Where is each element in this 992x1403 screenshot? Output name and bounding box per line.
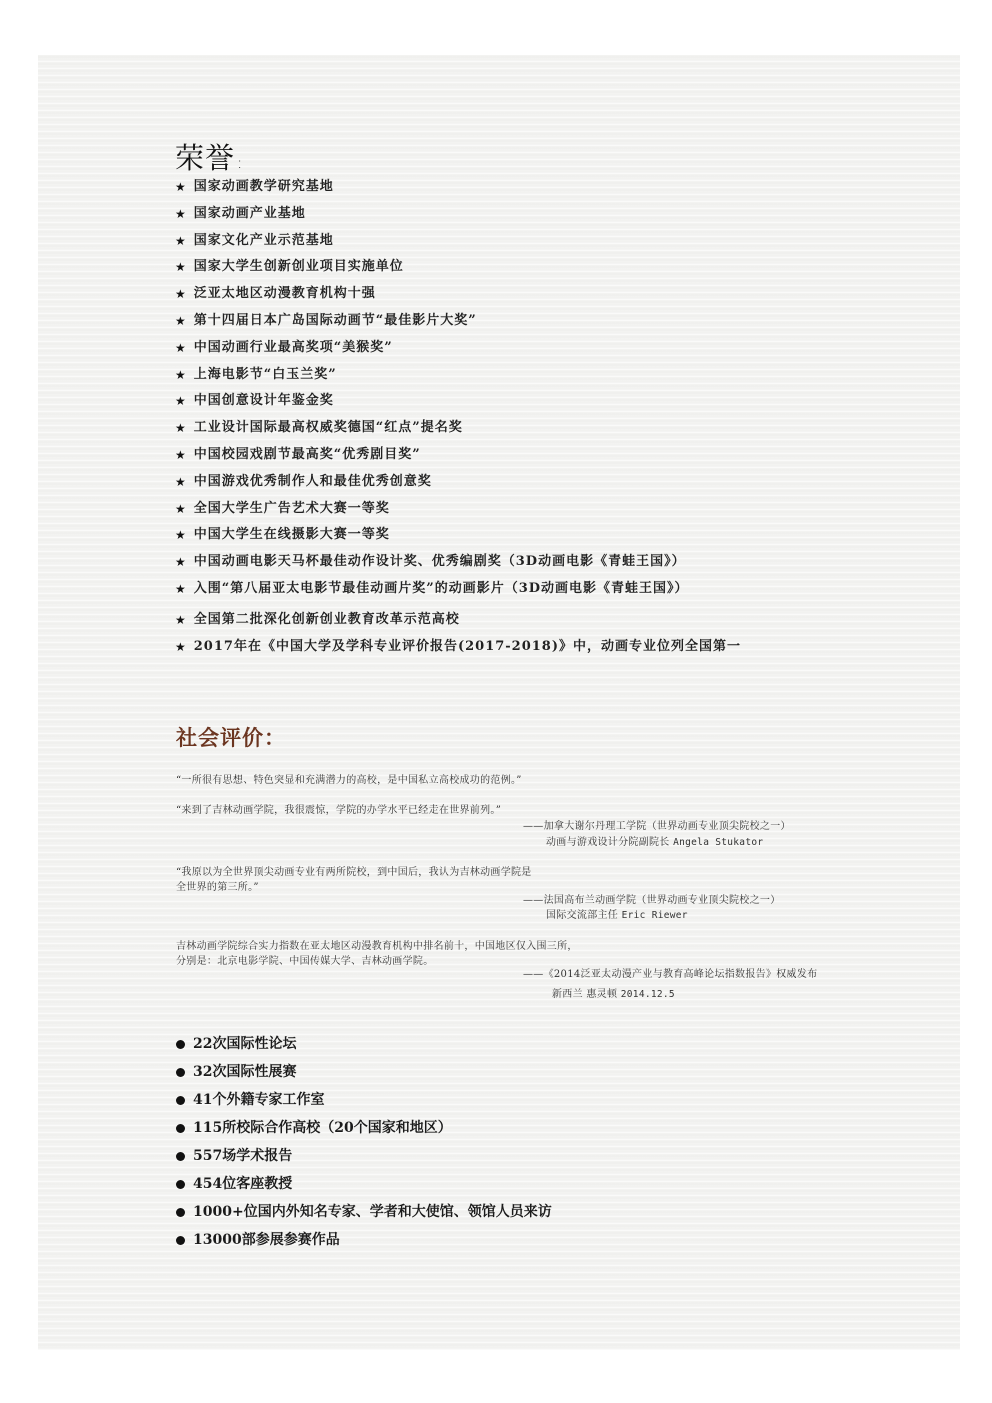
stat-item: 454位客座教授 — [176, 1170, 552, 1198]
honors-heading-text: 荣誉 — [175, 141, 235, 175]
star-icon: ★ — [175, 312, 187, 330]
stat-item: 32次国际性展赛 — [176, 1058, 552, 1086]
honor-item: ★中国创意设计年鉴金奖 — [175, 392, 741, 419]
honor-item-text: 中国游戏优秀制作人和最佳优秀创意奖 — [194, 473, 432, 491]
stat-item-text: 1000+位国内外知名专家、学者和大使馆、领馆人员来访 — [193, 1202, 552, 1222]
honor-item: ★中国校园戏剧节最高奖“优秀剧目奖” — [175, 446, 741, 473]
honor-item: ★第十四届日本广岛国际动画节“最佳影片大奖” — [175, 312, 741, 339]
star-icon: ★ — [175, 638, 187, 656]
person-title: 国际交流部主任 — [546, 910, 622, 921]
review-quote-2-source: ——加拿大谢尔丹理工学院（世界动画专业顶尖院校之一） — [523, 819, 791, 835]
honors-list: ★国家动画教学研究基地 ★国家动画产业基地 ★国家文化产业示范基地 ★国家大学生… — [175, 178, 741, 664]
honor-item-text: 中国大学生在线摄影大赛一等奖 — [194, 526, 390, 544]
honor-item: ★国家大学生创新创业项目实施单位 — [175, 258, 741, 285]
honor-item: ★国家动画产业基地 — [175, 205, 741, 232]
star-icon: ★ — [175, 392, 187, 410]
review-statement-location-date: 新西兰 惠灵顿 2014.12.5 — [552, 987, 675, 1003]
star-icon: ★ — [175, 473, 187, 491]
review-quote-1: “一所很有思想、特色突显和充满潜力的高校，是中国私立高校成功的范例。” — [176, 773, 522, 789]
honor-item: ★工业设计国际最高权威奖德国“红点”提名奖 — [175, 419, 741, 446]
star-icon: ★ — [175, 580, 187, 598]
bullet-dot-icon — [176, 1068, 185, 1077]
honor-item-text: 中国动画行业最高奖项“美猴奖” — [194, 339, 393, 357]
stat-item-text: 41个外籍专家工作室 — [193, 1090, 324, 1110]
stat-item: 22次国际性论坛 — [176, 1030, 552, 1058]
bullet-dot-icon — [176, 1096, 185, 1105]
honor-item: ★2017年在《中国大学及学科专业评价报告(2017-2018)》中，动画专业位… — [175, 638, 741, 665]
bullet-dot-icon — [176, 1236, 185, 1245]
bullet-dot-icon — [176, 1180, 185, 1189]
review-statement-line-1: 吉林动画学院综合实力指数在亚太地区动漫教育机构中排名前十，中国地区仅入围三所， — [176, 939, 578, 955]
review-quote-3-line-2: 全世界的第三所。” — [176, 880, 259, 896]
honor-item: ★国家文化产业示范基地 — [175, 232, 741, 259]
stat-item: 13000部参展参赛作品 — [176, 1226, 552, 1254]
star-icon: ★ — [175, 285, 187, 303]
honor-item-text: 泛亚太地区动漫教育机构十强 — [194, 285, 376, 303]
person-name: Angela Stukator — [673, 837, 763, 848]
honor-item-text: 工业设计国际最高权威奖德国“红点”提名奖 — [194, 419, 463, 437]
bullet-dot-icon — [176, 1208, 185, 1217]
honor-item-text: 中国创意设计年鉴金奖 — [194, 392, 334, 410]
honor-item-text: 2017年在《中国大学及学科专业评价报告(2017-2018)》中，动画专业位列… — [194, 638, 741, 656]
honor-item-text: 国家大学生创新创业项目实施单位 — [194, 258, 404, 276]
honor-item: ★上海电影节“白玉兰奖” — [175, 366, 741, 393]
star-icon: ★ — [175, 339, 187, 357]
honors-heading: 荣誉: — [175, 136, 243, 177]
star-icon: ★ — [175, 446, 187, 464]
review-quote-3-person: 国际交流部主任 Eric Riewer — [546, 908, 688, 924]
date: 2014.12.5 — [621, 989, 675, 1000]
star-icon: ★ — [175, 419, 187, 437]
star-icon: ★ — [175, 526, 187, 544]
star-icon: ★ — [175, 205, 187, 223]
honor-item: ★泛亚太地区动漫教育机构十强 — [175, 285, 741, 312]
bullet-dot-icon — [176, 1152, 185, 1161]
star-icon: ★ — [175, 178, 187, 196]
honor-item: ★中国游戏优秀制作人和最佳优秀创意奖 — [175, 473, 741, 500]
honor-item: ★国家动画教学研究基地 — [175, 178, 741, 205]
star-icon: ★ — [175, 611, 187, 629]
stats-list: 22次国际性论坛 32次国际性展赛 41个外籍专家工作室 115所校际合作高校（… — [176, 1030, 552, 1254]
stat-item-text: 32次国际性展赛 — [193, 1062, 296, 1082]
star-icon: ★ — [175, 553, 187, 571]
review-quote-2-person: 动画与游戏设计分院副院长 Angela Stukator — [546, 835, 763, 851]
review-quote-3-source: ——法国高布兰动画学院（世界动画专业顶尖院校之一） — [523, 893, 781, 909]
stat-item: 1000+位国内外知名专家、学者和大使馆、领馆人员来访 — [176, 1198, 552, 1226]
stat-item-text: 454位客座教授 — [193, 1174, 292, 1194]
honor-item: ★全国大学生广告艺术大赛一等奖 — [175, 500, 741, 527]
location: 新西兰 惠灵顿 — [552, 989, 621, 1000]
honors-heading-colon: : — [237, 153, 243, 172]
stat-item-text: 13000部参展参赛作品 — [193, 1230, 340, 1250]
star-icon: ★ — [175, 232, 187, 250]
honor-item-text: 全国第二批深化创新创业教育改革示范高校 — [194, 611, 460, 629]
honor-item: ★入围“第八届亚太电影节最佳动画片奖”的动画影片（3D动画电影《青蛙王国》） — [175, 580, 741, 607]
stat-item-text: 22次国际性论坛 — [193, 1034, 296, 1054]
honor-item-text: 国家动画教学研究基地 — [194, 178, 334, 196]
star-icon: ★ — [175, 500, 187, 518]
stat-item: 557场学术报告 — [176, 1142, 552, 1170]
star-icon: ★ — [175, 258, 187, 276]
review-quote-2: “来到了吉林动画学院，我很震惊，学院的办学水平已经走在世界前列。” — [176, 803, 501, 819]
stat-item-text: 557场学术报告 — [193, 1146, 292, 1166]
honor-item-text: 中国动画电影天马杯最佳动作设计奖、优秀编剧奖（3D动画电影《青蛙王国》） — [194, 553, 686, 571]
person-name: Eric Riewer — [622, 910, 688, 921]
honor-item-text: 国家动画产业基地 — [194, 205, 306, 223]
honor-item: ★中国大学生在线摄影大赛一等奖 — [175, 526, 741, 553]
stat-item: 115所校际合作高校（20个国家和地区） — [176, 1114, 552, 1142]
honor-item-text: 全国大学生广告艺术大赛一等奖 — [194, 500, 390, 518]
bullet-dot-icon — [176, 1124, 185, 1133]
honor-item: ★中国动画电影天马杯最佳动作设计奖、优秀编剧奖（3D动画电影《青蛙王国》） — [175, 553, 741, 580]
honor-item-text: 第十四届日本广岛国际动画节“最佳影片大奖” — [194, 312, 477, 330]
review-quote-3-line-1: “我原以为全世界顶尖动画专业有两所院校，到中国后，我认为吉林动画学院是 — [176, 865, 532, 881]
honor-item: ★全国第二批深化创新创业教育改革示范高校 — [175, 611, 741, 638]
review-statement-line-2: 分别是：北京电影学院、中国传媒大学、吉林动画学院。 — [176, 954, 434, 970]
star-icon: ★ — [175, 366, 187, 384]
stat-item-text: 115所校际合作高校（20个国家和地区） — [193, 1118, 452, 1138]
honor-item-text: 国家文化产业示范基地 — [194, 232, 334, 250]
honor-item-text: 中国校园戏剧节最高奖“优秀剧目奖” — [194, 446, 421, 464]
honor-item: ★中国动画行业最高奖项“美猴奖” — [175, 339, 741, 366]
person-title: 动画与游戏设计分院副院长 — [546, 837, 673, 848]
honor-item-text: 入围“第八届亚太电影节最佳动画片奖”的动画影片（3D动画电影《青蛙王国》） — [194, 580, 689, 598]
bullet-dot-icon — [176, 1040, 185, 1049]
reviews-heading: 社会评价： — [176, 722, 286, 752]
honor-item-text: 上海电影节“白玉兰奖” — [194, 366, 337, 384]
stat-item: 41个外籍专家工作室 — [176, 1086, 552, 1114]
review-statement-source: ——《2014泛亚太动漫产业与教育高峰论坛指数报告》权威发布 — [523, 967, 817, 983]
